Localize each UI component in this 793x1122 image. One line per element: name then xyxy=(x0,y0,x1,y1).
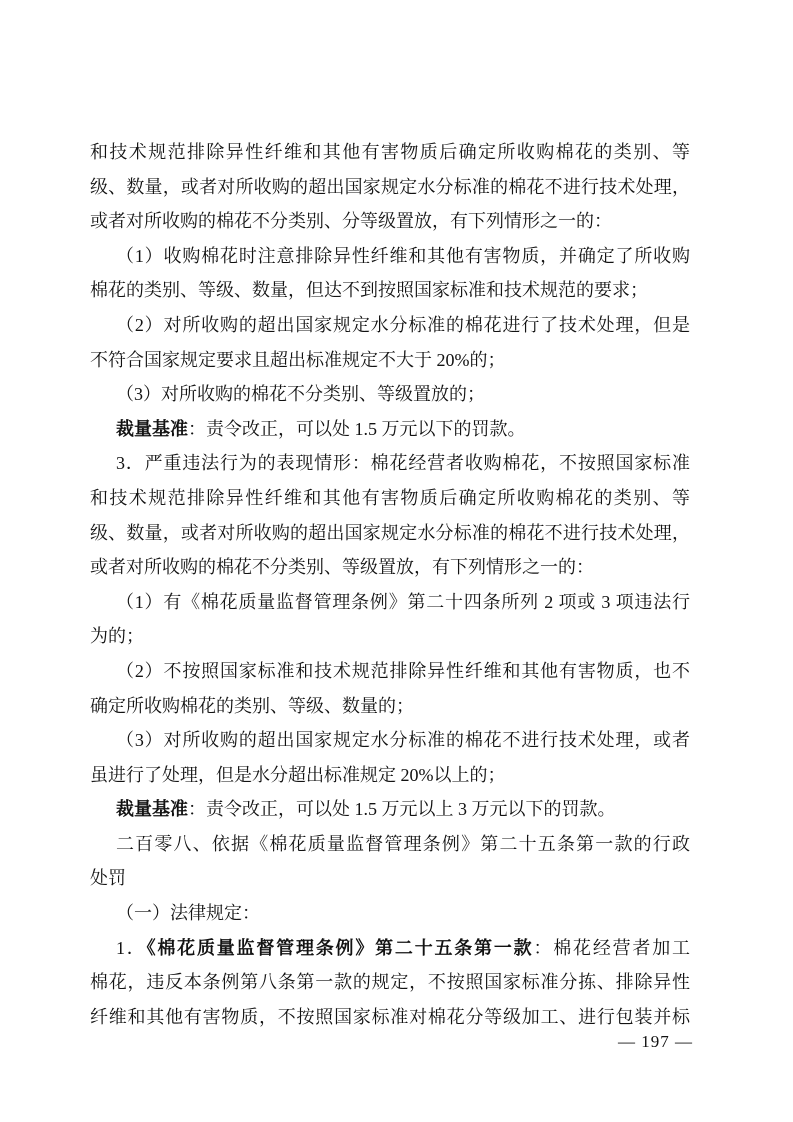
text-run: ：责令改正，可以处 1.5 万元以上 3 万元以下的罚款。 xyxy=(188,799,616,819)
text-run: 1． xyxy=(116,938,147,958)
text-run: 和技术规范排除异性纤维和其他有害物质后确定所收购棉花的类别、等 xyxy=(90,142,690,162)
text-line: （1）收购棉花时注意排除异性纤维和其他有害物质，并确定了所收购 xyxy=(90,239,690,274)
text-line: （1）有《棉花质量监督管理条例》第二十四条所列 2 项或 3 项违法行 xyxy=(90,585,690,620)
text-line: 或者对所收购的棉花不分类别、分等级置放，有下列情形之一的： xyxy=(90,204,690,239)
text-line: 裁量基准：责令改正，可以处 1.5 万元以上 3 万元以下的罚款。 xyxy=(90,792,690,827)
text-line: 确定所收购棉花的类别、等级、数量的； xyxy=(90,689,690,724)
text-line: （3）对所收购的棉花不分类别、等级置放的； xyxy=(90,377,690,412)
text-line: 和技术规范排除异性纤维和其他有害物质后确定所收购棉花的类别、等 xyxy=(90,481,690,516)
text-run: ：棉花经营者加工 xyxy=(533,938,690,958)
text-run: （3）对所收购的超出国家规定水分标准的棉花不进行技术处理，或者 xyxy=(116,730,690,750)
text-run: 确定所收购棉花的类别、等级、数量的； xyxy=(90,696,414,716)
text-run: 棉花，违反本条例第八条第一款的规定，不按照国家标准分拣、排除异性 xyxy=(90,972,690,992)
text-run: 纤维和其他有害物质，不按照国家标准对棉花分等级加工、进行包装并标 xyxy=(90,1007,690,1027)
text-line: 或者对所收购的棉花不分类别、等级置放，有下列情形之一的： xyxy=(90,550,690,585)
text-run: （2）对所收购的超出国家规定水分标准的棉花进行了技术处理，但是 xyxy=(116,315,690,335)
text-line: 为的； xyxy=(90,619,690,654)
text-run: （一）法律规定： xyxy=(116,903,260,923)
text-run: ：责令改正，可以处 1.5 万元以下的罚款。 xyxy=(188,419,526,439)
bold-text-run: 裁量基准 xyxy=(116,799,188,819)
text-line: 和技术规范排除异性纤维和其他有害物质后确定所收购棉花的类别、等 xyxy=(90,135,690,170)
text-run: （3）对所收购的棉花不分类别、等级置放的； xyxy=(116,384,485,404)
text-run: 级、数量，或者对所收购的超出国家规定水分标准的棉花不进行技术处理， xyxy=(90,523,690,543)
text-line: 处罚 xyxy=(90,861,690,896)
document-body: 和技术规范排除异性纤维和其他有害物质后确定所收购棉花的类别、等级、数量，或者对所… xyxy=(90,135,690,1034)
text-line: 级、数量，或者对所收购的超出国家规定水分标准的棉花不进行技术处理， xyxy=(90,170,690,205)
text-line: 1．《棉花质量监督管理条例》第二十五条第一款：棉花经营者加工 xyxy=(90,931,690,966)
text-line: （2）不按照国家标准和技术规范排除异性纤维和其他有害物质，也不 xyxy=(90,654,690,689)
text-run: 或者对所收购的棉花不分类别、等级置放，有下列情形之一的： xyxy=(90,557,594,577)
text-line: 虽进行了处理，但是水分超出标准规定 20%以上的； xyxy=(90,758,690,793)
page-footer: — 197 — xyxy=(618,1031,693,1053)
text-run: 处罚 xyxy=(90,868,126,888)
text-line: （一）法律规定： xyxy=(90,896,690,931)
text-run: （1）收购棉花时注意排除异性纤维和其他有害物质，并确定了所收购 xyxy=(116,246,690,266)
document-page: 和技术规范排除异性纤维和其他有害物质后确定所收购棉花的类别、等级、数量，或者对所… xyxy=(0,0,793,1122)
text-line: 纤维和其他有害物质，不按照国家标准对棉花分等级加工、进行包装并标 xyxy=(90,1000,690,1035)
text-run: 和技术规范排除异性纤维和其他有害物质后确定所收购棉花的类别、等 xyxy=(90,488,690,508)
text-line: 二百零八、依据《棉花质量监督管理条例》第二十五条第一款的行政 xyxy=(90,827,690,862)
text-run: 或者对所收购的棉花不分类别、分等级置放，有下列情形之一的： xyxy=(90,211,612,231)
text-run: 棉花的类别、等级、数量，但达不到按照国家标准和技术规范的要求； xyxy=(90,280,648,300)
text-run: 级、数量，或者对所收购的超出国家规定水分标准的棉花不进行技术处理， xyxy=(90,177,690,197)
text-line: 不符合国家规定要求且超出标准规定不大于 20%的； xyxy=(90,343,690,378)
bold-text-run: 《棉花质量监督管理条例》第二十五条第一款 xyxy=(147,938,534,958)
text-run: （2）不按照国家标准和技术规范排除异性纤维和其他有害物质，也不 xyxy=(116,661,690,681)
bold-text-run: 裁量基准 xyxy=(116,419,188,439)
text-line: （3）对所收购的超出国家规定水分标准的棉花不进行技术处理，或者 xyxy=(90,723,690,758)
text-line: 棉花的类别、等级、数量，但达不到按照国家标准和技术规范的要求； xyxy=(90,273,690,308)
text-run: 虽进行了处理，但是水分超出标准规定 20%以上的； xyxy=(90,765,506,785)
text-run: 3．严重违法行为的表现情形：棉花经营者收购棉花，不按照国家标准 xyxy=(116,453,690,473)
text-line: 裁量基准：责令改正，可以处 1.5 万元以下的罚款。 xyxy=(90,412,690,447)
text-line: （2）对所收购的超出国家规定水分标准的棉花进行了技术处理，但是 xyxy=(90,308,690,343)
page-number: — 197 — xyxy=(618,1032,693,1051)
text-line: 级、数量，或者对所收购的超出国家规定水分标准的棉花不进行技术处理， xyxy=(90,516,690,551)
text-line: 3．严重违法行为的表现情形：棉花经营者收购棉花，不按照国家标准 xyxy=(90,446,690,481)
text-line: 棉花，违反本条例第八条第一款的规定，不按照国家标准分拣、排除异性 xyxy=(90,965,690,1000)
text-run: 二百零八、依据《棉花质量监督管理条例》第二十五条第一款的行政 xyxy=(116,834,690,854)
text-run: （1）有《棉花质量监督管理条例》第二十四条所列 2 项或 3 项违法行 xyxy=(116,592,690,612)
text-run: 为的； xyxy=(90,626,144,646)
text-run: 不符合国家规定要求且超出标准规定不大于 20%的； xyxy=(90,350,506,370)
